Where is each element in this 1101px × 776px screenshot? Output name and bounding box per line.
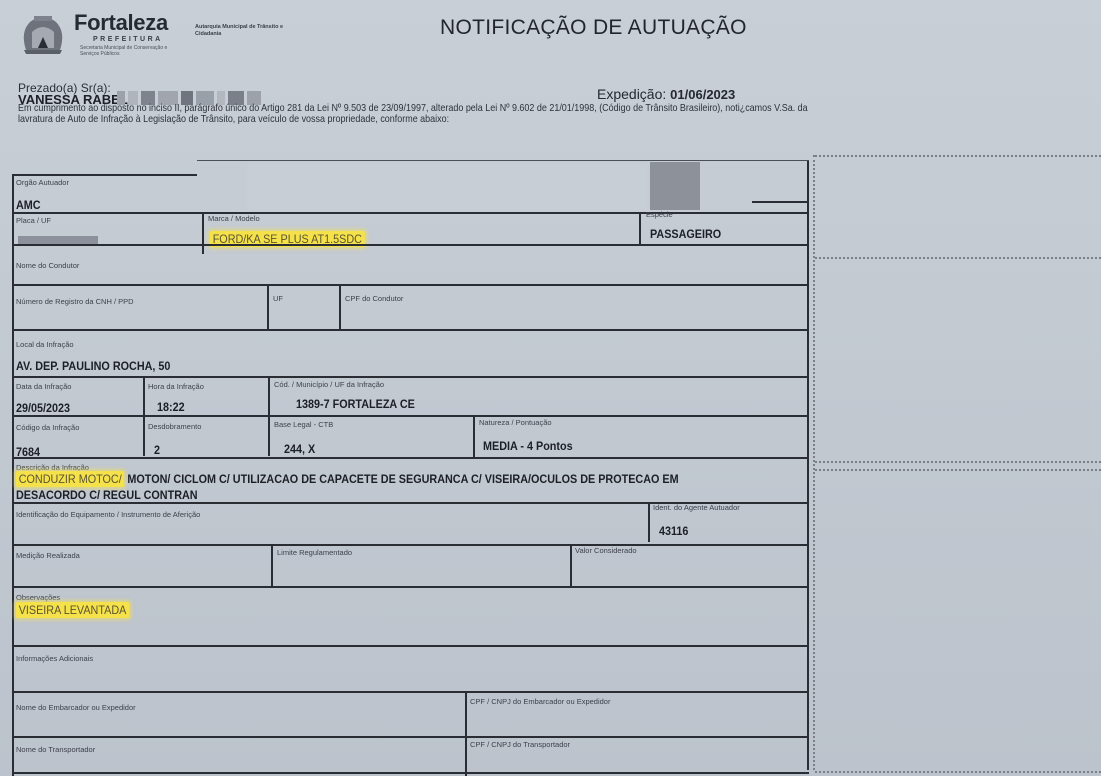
value-observacoes: VISEIRA LEVANTADA [16,602,129,618]
document-title: NOTIFICAÇÃO DE AUTUAÇÃO [440,16,747,40]
value-hora-infracao: 18:22 [157,400,185,414]
label-info-adicionais: Informações Adicionais [16,654,93,663]
description-rest: MOTON/ CICLOM C/ UTILIZACAO DE CAPACETE … [124,472,678,486]
brand-name: Fortaleza [74,10,168,36]
label-base-legal: Base Legal - CTB [274,420,333,429]
value-especie: PASSAGEIRO [650,227,721,241]
label-cpf-transportador: CPF / CNPJ do Transportador [470,740,570,749]
preamble-text: Em cumprimento ao disposto no inciso II,… [18,104,968,125]
label-limite: Limite Regulamentado [277,548,352,557]
issue-date-value: 01/06/2023 [670,87,735,102]
perforation-bottom [815,771,1101,773]
perforation-mid-3 [815,469,1101,471]
label-cpf-condutor: CPF do Condutor [345,294,403,303]
value-municipio: 1389-7 FORTALEZA CE [296,397,415,411]
value-desdobramento: 2 [154,443,160,457]
label-marca-modelo: Marca / Modelo [208,214,260,223]
label-desdobramento: Desdobramento [148,422,201,431]
preamble-line-1: Em cumprimento ao disposto no inciso II,… [18,104,968,115]
label-observacoes: Observações [16,593,60,602]
label-municipio: Cód. / Município / UF da Infração [274,380,384,389]
value-descricao-line-1: CONDUZIR MOTOC/ MOTON/ CICLOM C/ UTILIZA… [16,472,679,486]
perforation-top [815,155,1101,157]
label-local-infracao: Local da Infração [16,340,74,349]
label-placa-uf: Placa / UF [16,216,51,225]
city-crest-icon [18,10,68,56]
label-natureza: Natureza / Pontuação [479,418,552,427]
agency-name: Autarquia Municipal de Trânsito e Cidada… [195,24,295,38]
brand-secretariat: Secretaria Municipal de Conservação e Se… [80,45,175,57]
perforation-mid-1 [815,257,1101,259]
label-agente: Ident. do Agente Autuador [653,503,740,512]
label-valor-considerado: Valor Considerado [575,546,637,555]
label-equipamento: Identificação do Equipamento / Instrumen… [16,510,200,519]
description-highlight: CONDUZIR MOTOC/ [16,471,124,487]
value-natureza: MEDIA - 4 Pontos [483,439,573,453]
issue-date: Expedição: 01/06/2023 [597,86,735,102]
value-local-infracao: AV. DEP. PAULINO ROCHA, 50 [16,359,170,373]
label-cpf-embarcador: CPF / CNPJ do Embarcador ou Expedidor [470,697,610,706]
perforation-mid-2 [815,461,1101,463]
label-medicao: Medição Realizada [16,551,80,560]
label-data-infracao: Data da Infração [16,382,71,391]
label-especie: Espécie [646,210,673,219]
value-descricao-line-2: DESACORDO C/ REGUL CONTRAN [16,488,198,502]
infraction-form: Orgão Autuador AMC Placa / UF Marca / Mo… [12,160,809,776]
label-orgao-autuador: Orgão Autuador [16,178,69,187]
preamble-line-2: lavratura de Auto de Infração à Legislaç… [18,115,968,126]
label-embarcador: Nome do Embarcador ou Expedidor [16,703,136,712]
value-orgao-autuador: AMC [16,198,41,212]
brand-subtitle: PREFEITURA [93,36,163,43]
label-nome-condutor: Nome do Condutor [16,261,79,270]
label-transportador: Nome do Transportador [16,745,95,754]
label-uf: UF [273,294,283,303]
label-registro-cnh: Número de Registro da CNH / PPD [16,297,134,306]
value-agente: 43116 [659,524,688,538]
label-codigo-infracao: Código da Infração [16,423,79,432]
value-data-infracao: 29/05/2023 [16,401,70,415]
value-base-legal: 244, X [284,442,315,456]
label-hora-infracao: Hora da Infração [148,382,204,391]
issue-date-label: Expedição: [597,86,666,102]
